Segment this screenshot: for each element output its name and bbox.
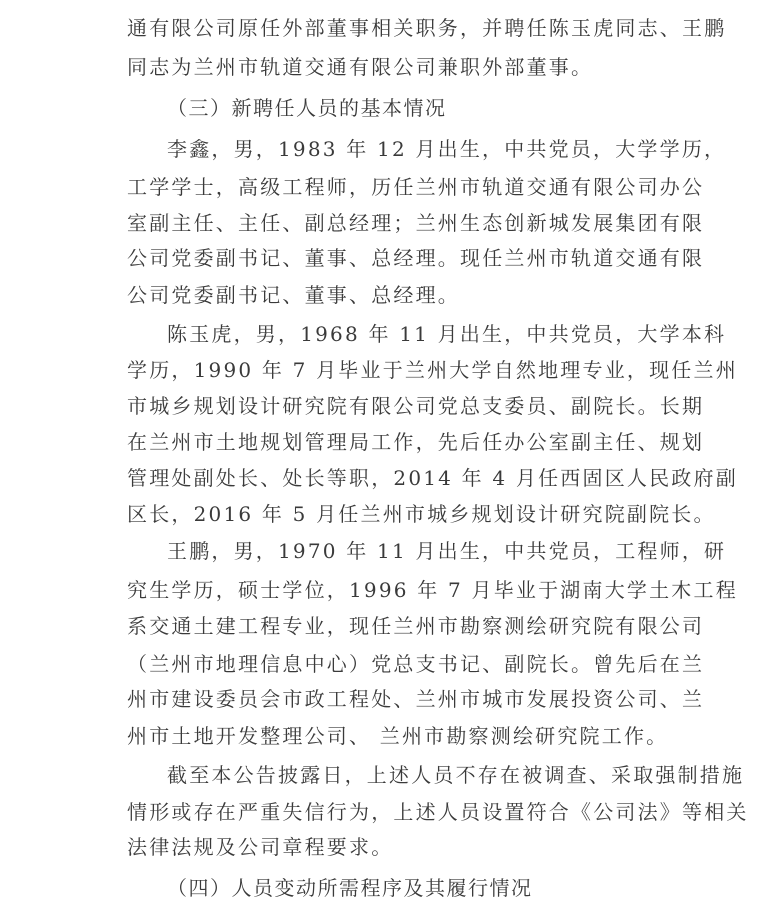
paragraph-line: 在兰州市土地规划管理局工作，先后任办公室副主任、规划 (127, 430, 672, 454)
paragraph-line: 通有限公司原任外部董事相关职务，并聘任陈玉虎同志、王鹏 (127, 16, 672, 40)
paragraph-line: 王鹏，男，1970 年 11 月出生，中共党员，工程师，研 (167, 539, 672, 563)
paragraph-line: 区长，2016 年 5 月任兰州市城乡规划设计研究院副院长。 (127, 502, 672, 526)
paragraph-line: 李鑫，男，1983 年 12 月出生，中共党员，大学学历， (167, 137, 672, 161)
paragraph-line: 究生学历，硕士学位，1996 年 7 月毕业于湖南大学土木工程 (127, 578, 672, 602)
section-heading: （三）新聘任人员的基本情况 (167, 96, 712, 120)
paragraph-line: （兰州市地理信息中心）党总支书记、副院长。曾先后在兰 (127, 652, 672, 676)
paragraph-line: 系交通土建工程专业，现任兰州市勘察测绘研究院有限公司 (127, 614, 672, 638)
paragraph-line: 公司党委副书记、董事、总经理。 (127, 283, 672, 307)
paragraph-line: 工学学士，高级工程师，历任兰州市轨道交通有限公司办公 (127, 175, 672, 199)
paragraph-line: 公司党委副书记、董事、总经理。现任兰州市轨道交通有限 (127, 246, 672, 270)
paragraph-line: 情形或存在严重失信行为，上述人员设置符合《公司法》等相关 (127, 800, 672, 824)
section-heading: （四）人员变动所需程序及其履行情况 (167, 876, 712, 900)
paragraph-line: 州市土地开发整理公司、 兰州市勘察测绘研究院工作。 (127, 724, 672, 748)
paragraph-line: 截至本公告披露日，上述人员不存在被调查、采取强制措施 (167, 763, 672, 787)
paragraph-line: 同志为兰州市轨道交通有限公司兼职外部董事。 (127, 55, 672, 79)
paragraph-line: 陈玉虎，男，1968 年 11 月出生，中共党员，大学本科 (167, 322, 672, 346)
paragraph-line: 市城乡规划设计研究院有限公司党总支委员、副院长。长期 (127, 394, 672, 418)
paragraph-line: 室副主任、主任、副总经理；兰州生态创新城发展集团有限 (127, 211, 672, 235)
paragraph-line: 法律法规及公司章程要求。 (127, 835, 672, 859)
paragraph-line: 管理处副处长、处长等职，2014 年 4 月任西固区人民政府副 (127, 466, 672, 490)
paragraph-line: 州市建设委员会市政工程处、兰州市城市发展投资公司、兰 (127, 687, 672, 711)
paragraph-line: 学历，1990 年 7 月毕业于兰州大学自然地理专业，现任兰州 (127, 358, 672, 382)
